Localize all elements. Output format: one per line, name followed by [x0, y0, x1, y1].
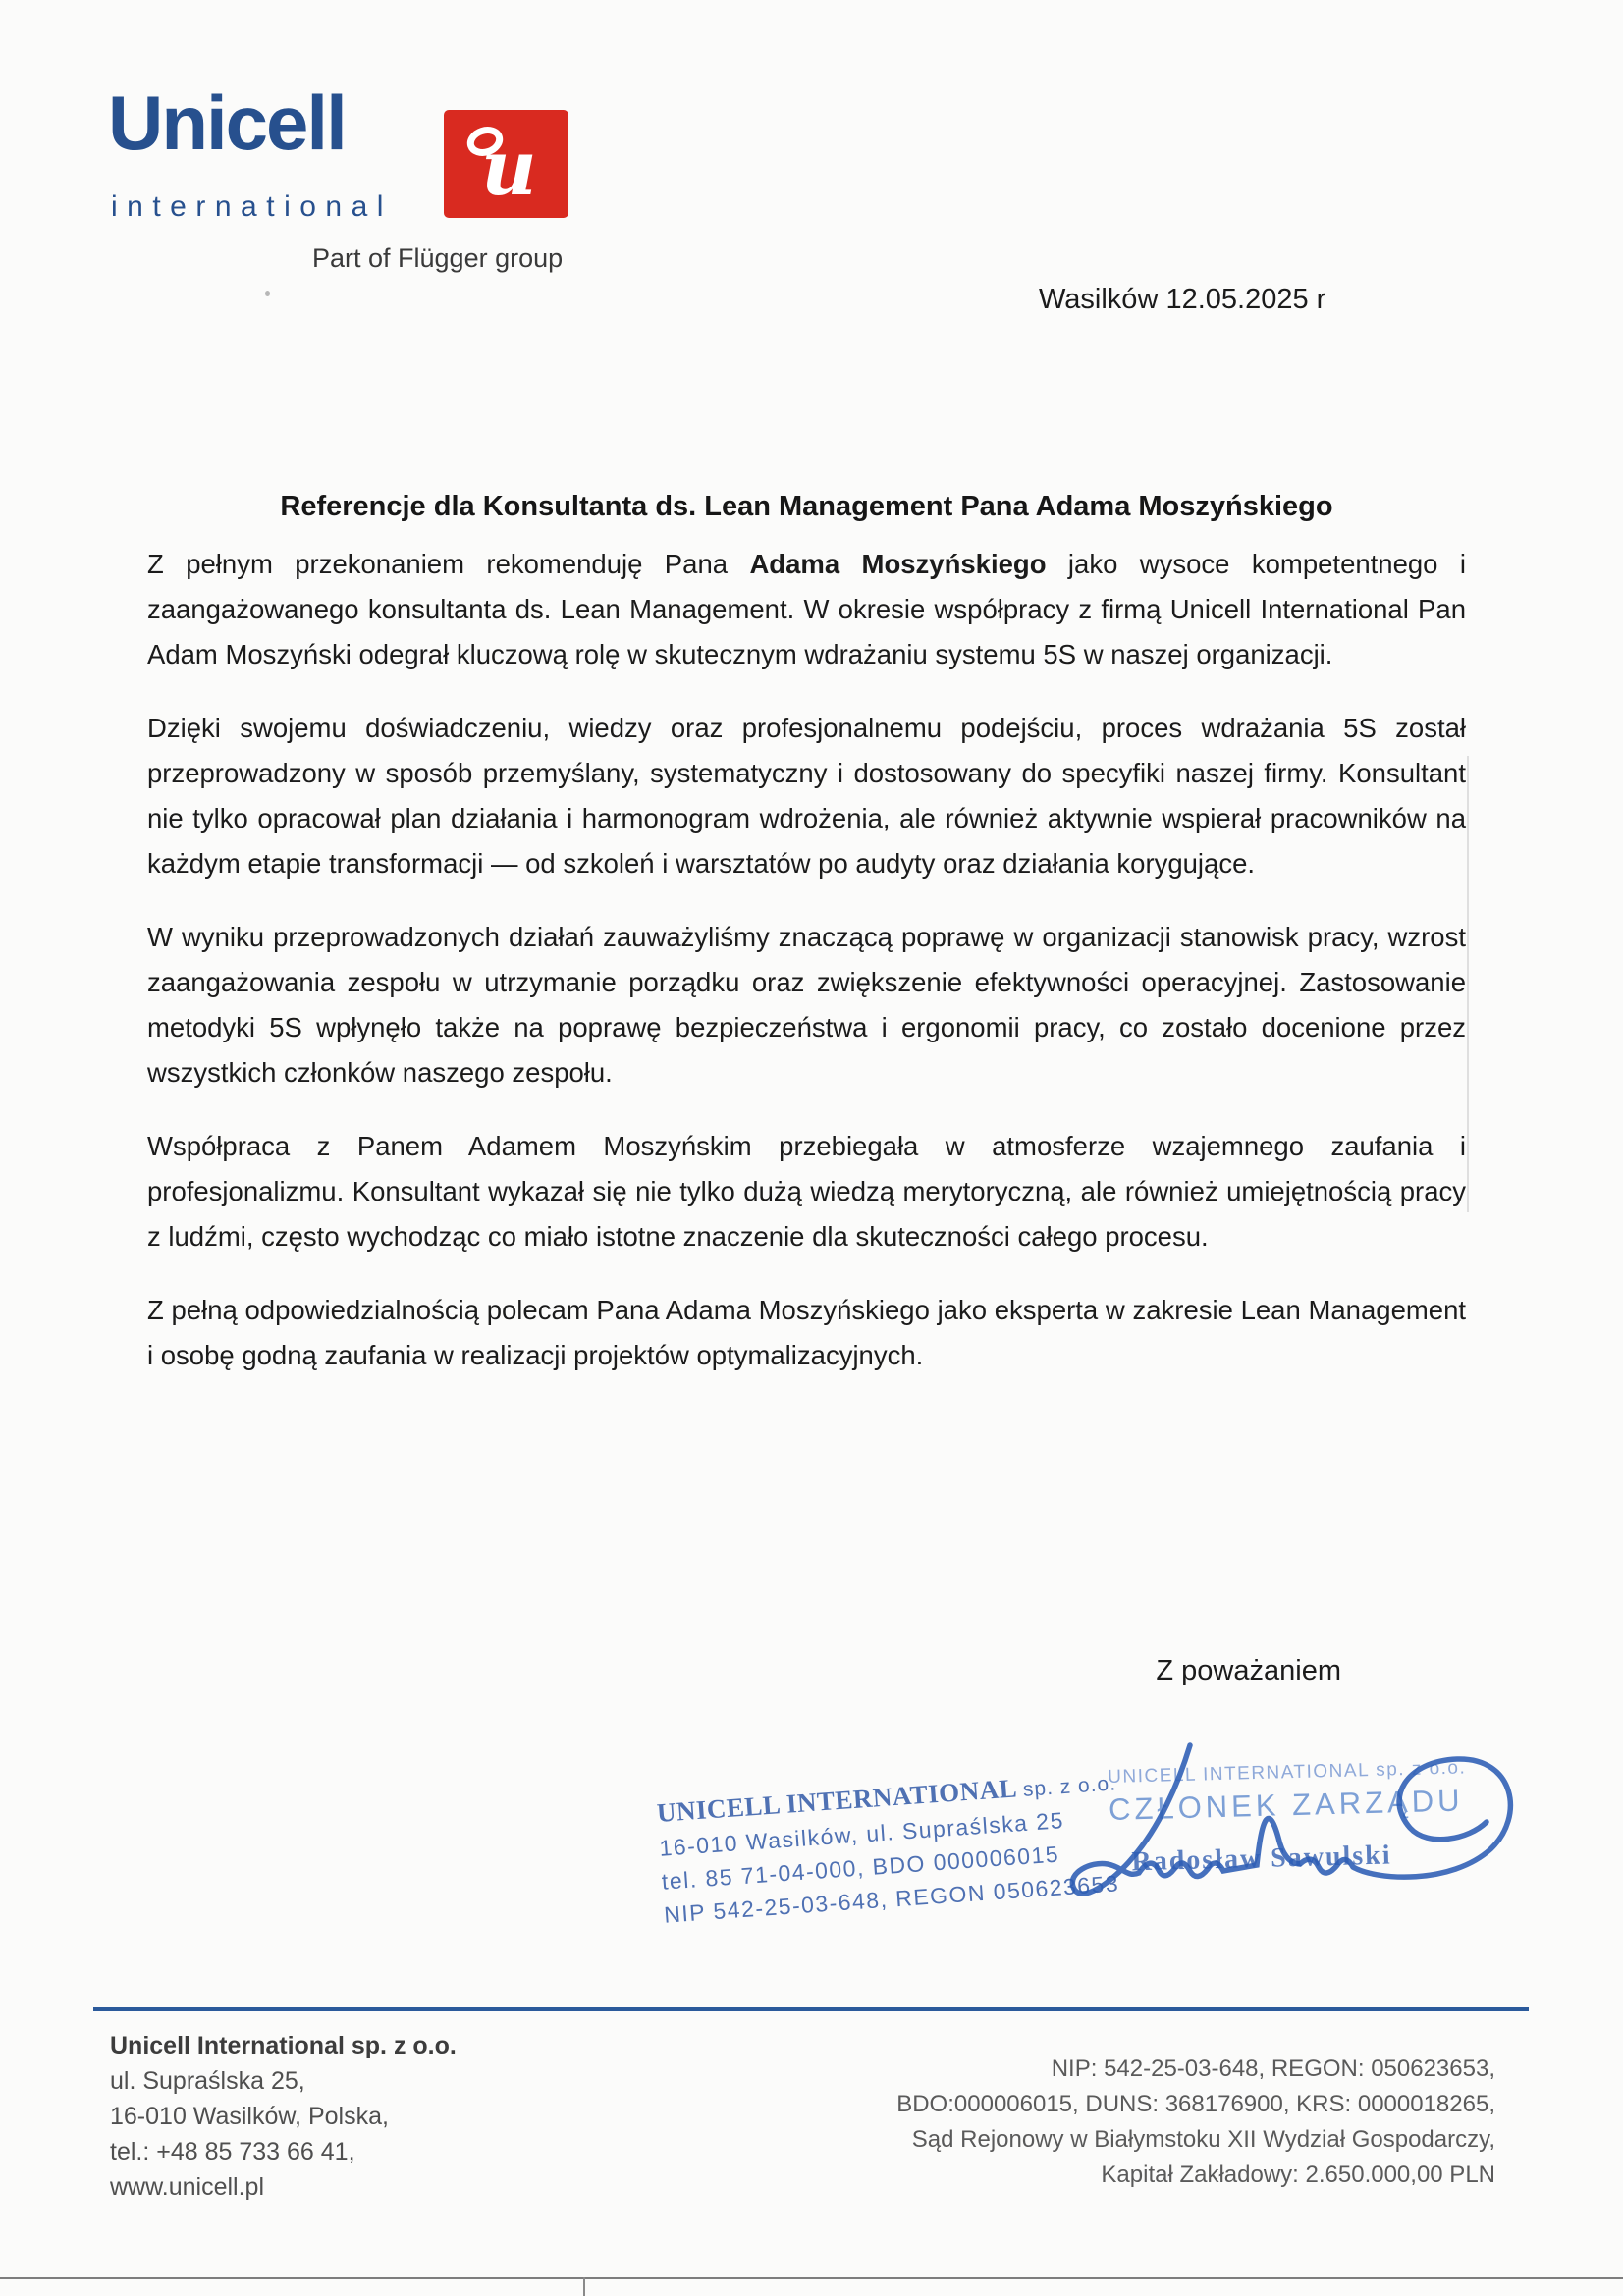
scan-edge-tick — [583, 2277, 585, 2296]
footer-court: Sąd Rejonowy w Białymstoku XII Wydział G… — [896, 2122, 1495, 2158]
scan-margin-artifact — [1467, 756, 1469, 1212]
paragraph-3: W wyniku przeprowadzonych działań zauważ… — [147, 915, 1466, 1095]
footer-bdo-duns-krs: BDO:000006015, DUNS: 368176900, KRS: 000… — [896, 2087, 1495, 2122]
footer-registry-block: NIP: 542-25-03-648, REGON: 050623653, BD… — [896, 2052, 1495, 2193]
paragraph-2: Dzięki swojemu doświadczeniu, wiedzy ora… — [147, 706, 1466, 886]
footer-capital: Kapitał Zakładowy: 2.650.000,00 PLN — [896, 2158, 1495, 2193]
stamp-signer-name: Radosław Sawulski — [1131, 1836, 1542, 1878]
letter-body: Z pełnym przekonaniem rekomenduję Pana A… — [147, 542, 1466, 1407]
unicell-logo-icon: u — [444, 110, 568, 218]
stamp-company-suffix: sp. z o.o. — [1022, 1772, 1117, 1801]
footer-company-name: Unicell International sp. z o.o. — [110, 2028, 457, 2063]
paragraph-1-pre: Z pełnym przekonaniem rekomenduję Pana — [147, 549, 749, 579]
company-address-stamp: UNICELL INTERNATIONAL sp. z o.o. 16-010 … — [656, 1768, 1106, 1929]
unicell-logo-wordmark: Unicell — [108, 84, 346, 161]
closing-salutation: Z poważaniem — [1156, 1655, 1341, 1687]
footer-nip-regon: NIP: 542-25-03-648, REGON: 050623653, — [896, 2052, 1495, 2087]
letter-title: Referencje dla Konsultanta ds. Lean Mana… — [147, 491, 1466, 523]
footer-phone: tel.: +48 85 733 66 41, — [110, 2134, 457, 2169]
footer-street: ul. Supraślska 25, — [110, 2063, 457, 2099]
flugger-group-tagline: Part of Flügger group — [312, 245, 563, 272]
stamp-title-line: CZŁONEK ZARZĄDU — [1109, 1781, 1542, 1828]
paragraph-5: Z pełną odpowiedzialnością polecam Pana … — [147, 1288, 1466, 1378]
footer-city: 16-010 Wasilków, Polska, — [110, 2099, 457, 2134]
svg-text:u: u — [481, 124, 537, 213]
paragraph-4: Współpraca z Panem Adamem Moszyńskim prz… — [147, 1124, 1466, 1259]
footer-company-block: Unicell International sp. z o.o. ul. Sup… — [110, 2028, 457, 2205]
scan-artifact-dot — [265, 291, 270, 296]
footer-website: www.unicell.pl — [110, 2169, 457, 2205]
footer-divider — [93, 2007, 1529, 2011]
scan-edge-line — [0, 2277, 1623, 2279]
paragraph-1-bold-name: Adama Moszyńskiego — [749, 549, 1046, 579]
date-line: Wasilków 12.05.2025 r — [1039, 283, 1325, 317]
script-u-icon: u — [444, 110, 568, 218]
paragraph-1: Z pełnym przekonaniem rekomenduję Pana A… — [147, 542, 1466, 677]
board-member-stamp: UNICELL INTERNATIONAL sp. z o.o. CZŁONEK… — [1108, 1755, 1542, 1878]
unicell-logo-subtext: international — [111, 192, 393, 222]
